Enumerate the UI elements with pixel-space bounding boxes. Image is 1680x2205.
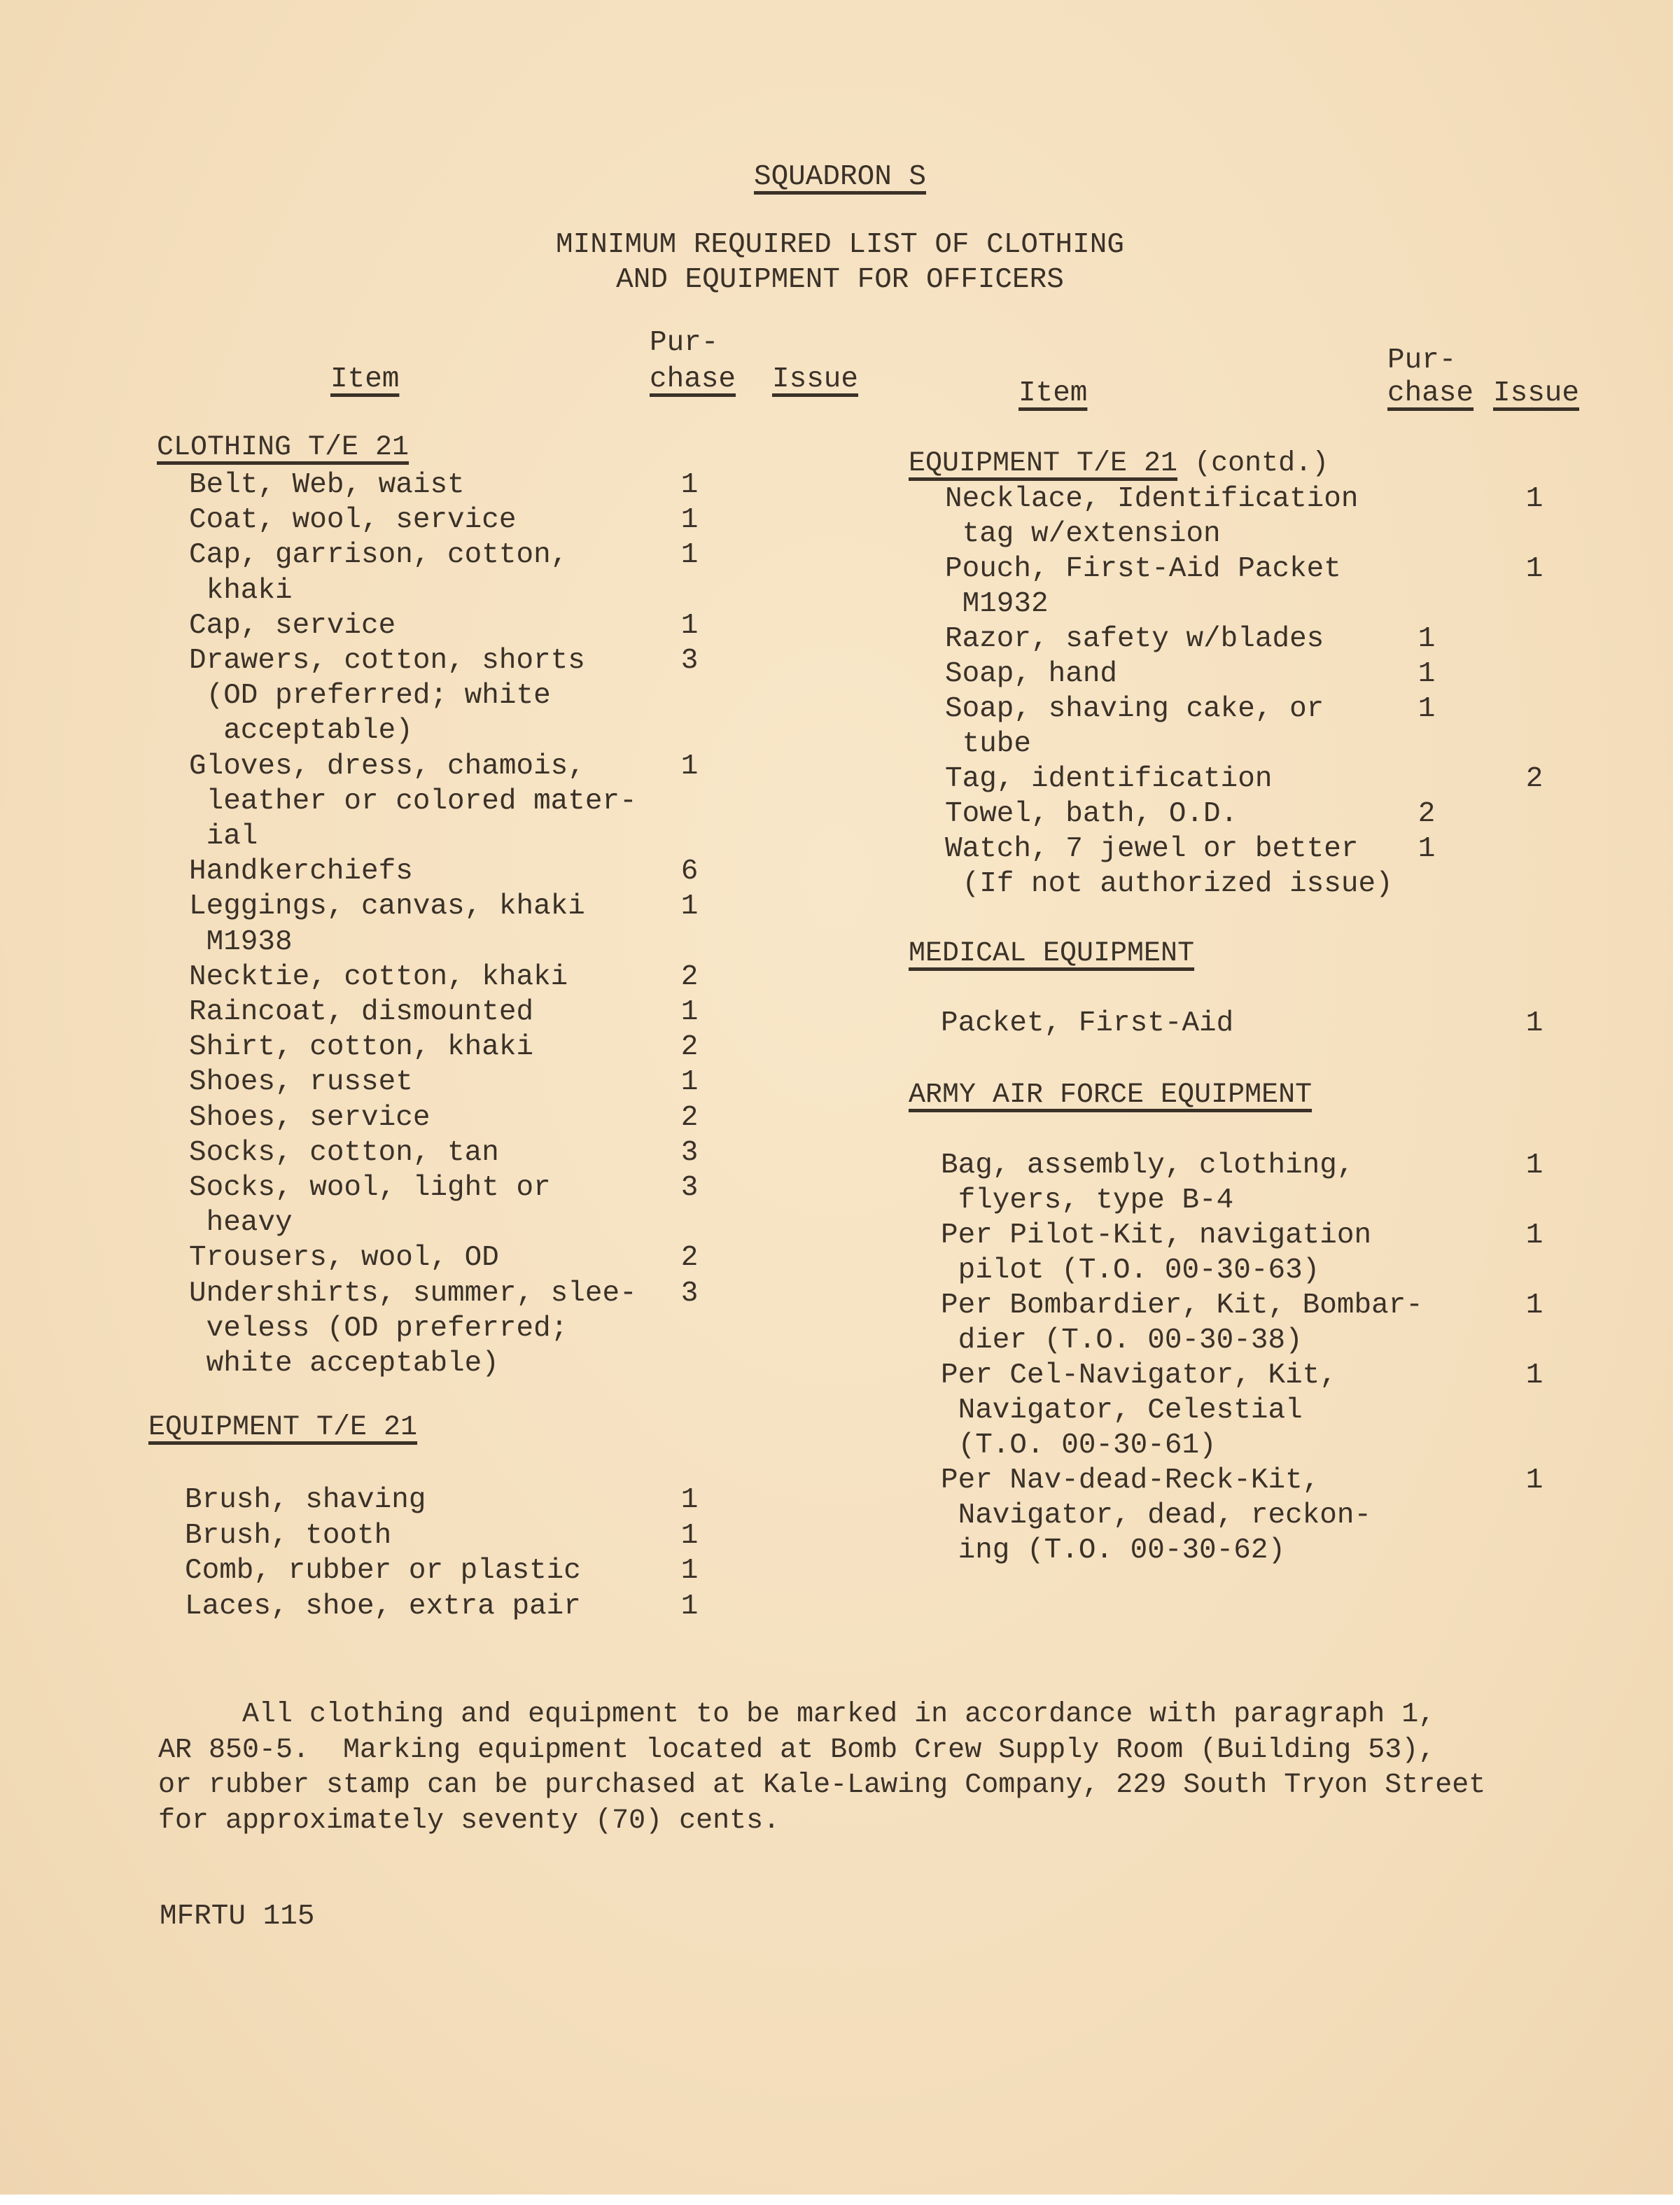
item-label: Brush, tooth xyxy=(185,1518,391,1553)
purchase-quantity: 2 xyxy=(675,1240,703,1275)
item-label: Gloves, dress, chamois, xyxy=(189,749,585,784)
purchase-quantity: 1 xyxy=(1413,622,1441,657)
purchase-quantity: 1 xyxy=(675,1065,703,1100)
item-label: Belt, Web, waist xyxy=(189,468,465,503)
section-heading-equipment: EQUIPMENT T/E 21 xyxy=(148,1410,417,1445)
item-label: Cap, service xyxy=(189,608,395,643)
purchase-quantity: 1 xyxy=(1413,657,1441,692)
purchase-quantity: 3 xyxy=(675,1135,703,1170)
purchase-quantity: 2 xyxy=(675,960,703,995)
item-label: Trousers, wool, OD xyxy=(189,1240,499,1275)
item-label-continuation: ial xyxy=(189,819,258,854)
purchase-quantity: 1 xyxy=(675,468,703,503)
item-label: Packet, First-Aid xyxy=(941,1006,1233,1041)
item-label: Shoes, russet xyxy=(189,1065,413,1100)
issue-quantity: 2 xyxy=(1520,762,1548,797)
purchase-quantity: 3 xyxy=(675,1276,703,1311)
issue-quantity: 1 xyxy=(1520,1006,1548,1041)
item-label: Brush, shaving xyxy=(185,1483,426,1518)
subtitle-line-2: AND EQUIPMENT FOR OFFICERS xyxy=(0,262,1680,297)
item-label: Shirt, cotton, khaki xyxy=(189,1030,533,1065)
issue-quantity: 1 xyxy=(1520,552,1548,587)
note-line: for approximately seventy (70) cents. xyxy=(158,1804,780,1839)
item-label: Soap, hand xyxy=(945,657,1117,692)
left-purchase-header-line2: chase xyxy=(650,362,736,397)
item-label-continuation: khaki xyxy=(189,573,293,608)
purchase-quantity: 6 xyxy=(675,854,703,889)
purchase-quantity: 1 xyxy=(675,1518,703,1553)
item-label-continuation: Navigator, Celestial xyxy=(941,1393,1303,1428)
item-label: Raincoat, dismounted xyxy=(189,995,533,1030)
item-label: Razor, safety w/blades xyxy=(945,622,1324,657)
item-label: Per Bombardier, Kit, Bombar- xyxy=(941,1288,1423,1323)
purchase-quantity: 3 xyxy=(675,1170,703,1205)
issue-quantity: 1 xyxy=(1520,482,1548,517)
purchase-quantity: 1 xyxy=(675,889,703,924)
left-purchase-header-line1: Pur- xyxy=(650,325,718,360)
item-label-continuation: M1938 xyxy=(189,925,293,960)
note-line: or rubber stamp can be purchased at Kale… xyxy=(158,1768,1485,1803)
item-label: Socks, cotton, tan xyxy=(189,1135,499,1170)
item-label-continuation: white acceptable) xyxy=(189,1346,499,1381)
item-label-continuation: (If not authorized issue) xyxy=(945,867,1393,902)
left-issue-header: Issue xyxy=(772,362,858,397)
purchase-quantity: 3 xyxy=(675,643,703,678)
item-label-continuation: M1932 xyxy=(945,587,1049,622)
issue-quantity: 1 xyxy=(1520,1358,1548,1393)
item-label: Per Cel-Navigator, Kit, xyxy=(941,1358,1337,1393)
item-label: Tag, identification xyxy=(945,762,1272,797)
item-label-continuation: veless (OD preferred; xyxy=(189,1311,568,1346)
purchase-quantity: 1 xyxy=(675,538,703,573)
purchase-quantity: 1 xyxy=(675,608,703,643)
item-label-continuation: (T.O. 00-30-61) xyxy=(941,1428,1217,1463)
purchase-quantity: 1 xyxy=(675,1589,703,1624)
section-heading-contd-suffix: (contd.) xyxy=(1177,448,1329,479)
right-issue-header: Issue xyxy=(1493,376,1579,411)
left-item-header: Item xyxy=(330,362,399,397)
issue-quantity: 1 xyxy=(1520,1148,1548,1183)
item-label: Watch, 7 jewel or better xyxy=(945,832,1359,867)
item-label-continuation: acceptable) xyxy=(189,713,413,748)
section-heading-medical: MEDICAL EQUIPMENT xyxy=(909,937,1194,972)
purchase-quantity: 2 xyxy=(1413,797,1441,832)
right-purchase-header-line1: Pur- xyxy=(1387,343,1456,378)
form-code: MFRTU 115 xyxy=(160,1899,314,1934)
issue-quantity: 1 xyxy=(1520,1218,1548,1253)
item-label: Per Nav-dead-Reck-Kit, xyxy=(941,1463,1319,1498)
item-label: Cap, garrison, cotton, xyxy=(189,538,568,573)
purchase-quantity: 1 xyxy=(675,1483,703,1518)
item-label-continuation: ing (T.O. 00-30-62) xyxy=(941,1533,1285,1568)
item-label-continuation: tube xyxy=(945,727,1031,762)
purchase-quantity: 2 xyxy=(675,1100,703,1135)
item-label-continuation: tag w/extension xyxy=(945,517,1221,552)
purchase-quantity: 1 xyxy=(675,749,703,784)
item-label: Undershirts, summer, slee- xyxy=(189,1276,637,1311)
purchase-quantity: 1 xyxy=(675,503,703,538)
note-line: AR 850-5. Marking equipment located at B… xyxy=(158,1733,1435,1768)
purchase-quantity: 2 xyxy=(675,1030,703,1065)
subtitle-line-1: MINIMUM REQUIRED LIST OF CLOTHING xyxy=(0,227,1680,262)
purchase-quantity: 1 xyxy=(675,995,703,1030)
item-label: Socks, wool, light or xyxy=(189,1170,551,1205)
item-label-continuation: flyers, type B-4 xyxy=(941,1183,1233,1218)
item-label: Necklace, Identification xyxy=(945,482,1359,517)
item-label: Towel, bath, O.D. xyxy=(945,797,1238,832)
item-label: Leggings, canvas, khaki xyxy=(189,889,585,924)
item-label: Per Pilot-Kit, navigation xyxy=(941,1218,1371,1253)
item-label: Handkerchiefs xyxy=(189,854,413,889)
section-heading-equipment-contd-label: EQUIPMENT T/E 21 xyxy=(909,448,1177,479)
issue-quantity: 1 xyxy=(1520,1463,1548,1498)
right-item-header: Item xyxy=(1018,376,1087,411)
purchase-quantity: 1 xyxy=(1413,832,1441,867)
item-label: Laces, shoe, extra pair xyxy=(185,1589,581,1624)
item-label: Drawers, cotton, shorts xyxy=(189,643,585,678)
item-label-continuation: heavy xyxy=(189,1205,293,1240)
item-label: Bag, assembly, clothing, xyxy=(941,1148,1354,1183)
purchase-quantity: 1 xyxy=(675,1553,703,1588)
item-label: Necktie, cotton, khaki xyxy=(189,960,568,995)
item-label: Pouch, First-Aid Packet xyxy=(945,552,1341,587)
item-label-continuation: (OD preferred; white xyxy=(189,678,551,713)
issue-quantity: 1 xyxy=(1520,1288,1548,1323)
item-label-continuation: Navigator, dead, reckon- xyxy=(941,1498,1371,1533)
item-label: Comb, rubber or plastic xyxy=(185,1553,581,1588)
item-label-continuation: leather or colored mater- xyxy=(189,784,637,819)
note-line: All clothing and equipment to be marked … xyxy=(158,1697,1435,1732)
section-heading-army-air-force: ARMY AIR FORCE EQUIPMENT xyxy=(909,1078,1312,1113)
item-label: Coat, wool, service xyxy=(189,503,516,538)
section-heading-clothing: CLOTHING T/E 21 xyxy=(157,430,409,465)
right-purchase-header-line2: chase xyxy=(1387,376,1473,411)
item-label-continuation: pilot (T.O. 00-30-63) xyxy=(941,1253,1319,1288)
item-label: Shoes, service xyxy=(189,1100,430,1135)
purchase-quantity: 1 xyxy=(1413,692,1441,727)
item-label: Soap, shaving cake, or xyxy=(945,692,1324,727)
item-label-continuation: dier (T.O. 00-30-38) xyxy=(941,1323,1303,1358)
document-title: SQUADRON S xyxy=(0,160,1680,195)
section-heading-equipment-contd: EQUIPMENT T/E 21 (contd.) xyxy=(909,447,1329,482)
